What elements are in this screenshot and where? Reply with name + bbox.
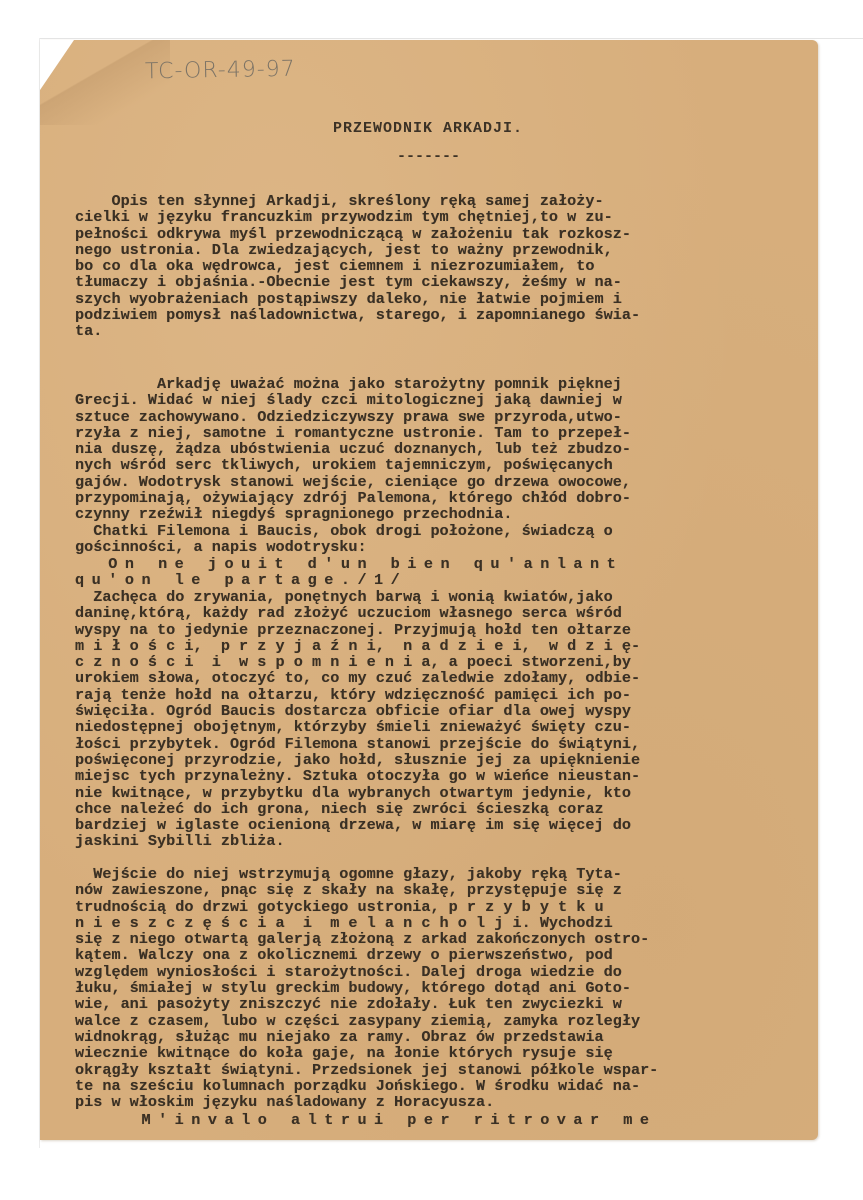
text-line: M'invalo altrui per ritrovar me: [75, 1112, 755, 1128]
paragraph: Arkadję uważać można jako starożytny pom…: [75, 376, 755, 523]
text-line: okrągły kształt świątyni. Przedsionek je…: [75, 1062, 755, 1078]
text-line: chce należeć do ich grona, niech się zwr…: [75, 801, 755, 817]
text-line: n i e s z c z ę ś c i a i m e l a n c h …: [75, 915, 755, 931]
text-line: walce z czasem, lubo w części zasypany z…: [75, 1013, 755, 1029]
text-line: tłumaczy i objaśnia.-Obecnie jest tym ci…: [75, 274, 755, 290]
text-line: nie kwitnące, w przybytku dla wybranych …: [75, 785, 755, 801]
text-line: Grecji. Widać w niej ślady czci mitologi…: [75, 392, 755, 408]
text-line: nych wśród serc tkliwych, urokiem tajemn…: [75, 457, 755, 473]
text-line: Chatki Filemona i Baucis, obok drogi poł…: [75, 523, 755, 539]
scan-edge-top: [40, 38, 863, 39]
text-line: rzyła z niej, samotne i romantyczne ustr…: [75, 425, 755, 441]
paragraph: Zachęca do zrywania, ponętnych barwą i w…: [75, 589, 755, 850]
document-title: PRZEWODNIK ARKADJI.: [333, 120, 523, 137]
text-line: bardziej w iglaste ocienioną drzewa, w m…: [75, 817, 755, 833]
text-line: urokiem słowa, otoczyć to, co my czuć za…: [75, 670, 755, 686]
text-line: ta.: [75, 323, 755, 339]
text-line: Opis ten słynnej Arkadji, skreślony ręką…: [75, 193, 755, 209]
text-line: łuku, śmiałej w stylu greckim budowy, kt…: [75, 980, 755, 996]
title-underline: -------: [397, 148, 460, 165]
text-line: trudnością do drzwi gotyckiego ustronia,…: [75, 899, 755, 915]
text-line: gościnności, a napis wodotrysku:: [75, 539, 755, 555]
paragraph: Wejście do niej wstrzymują ogomne głazy,…: [75, 866, 755, 1110]
text-line: przypominają, ożywiający zdrój Palemona,…: [75, 490, 755, 506]
text-line: jaskini Sybilli zbliża.: [75, 833, 755, 849]
text-line: święciła. Ogród Baucis dostarcza obficie…: [75, 703, 755, 719]
text-line: rają tenże hołd na ołtarzu, który wdzięc…: [75, 687, 755, 703]
text-line: wie, ani pasożyty zniszczyć nie zdołały.…: [75, 996, 755, 1012]
text-line: czynny rzeźwił niegdyś spragnionego prze…: [75, 506, 755, 522]
text-line: On ne jouit d'un bien qu'anlant: [75, 556, 755, 572]
text-line: gajów. Wodotrysk stanowi wejście, cienią…: [75, 474, 755, 490]
paragraph: Chatki Filemona i Baucis, obok drogi poł…: [75, 523, 755, 556]
text-line: Arkadję uważać można jako starożytny pom…: [75, 376, 755, 392]
text-line: daninę,którą, każdy rad złożyć uczuciom …: [75, 605, 755, 621]
text-line: niedostępnej obojętnym, którzyby śmieli …: [75, 719, 755, 735]
text-line: sztuce zachowywano. Odziedziczywszy praw…: [75, 409, 755, 425]
text-line: pis w włoskim języku naśladowany z Horac…: [75, 1094, 755, 1110]
quotation-block: On ne jouit d'un bien qu'anlantqu'on le …: [75, 556, 755, 589]
archive-reference-code: TC-OR-49-97: [145, 57, 296, 85]
text-line: łości przybytek. Ogród Filemona stanowi …: [75, 736, 755, 752]
folded-corner: [40, 40, 74, 90]
text-line: miejsc tych przynależny. Sztuka otoczyła…: [75, 768, 755, 784]
text-line: bo co dla oka wędrowca, jest ciemnem i n…: [75, 258, 755, 274]
text-line: Wejście do niej wstrzymują ogomne głazy,…: [75, 866, 755, 882]
text-line: qu'on le partage./1/: [75, 572, 755, 588]
text-line: się z niego otwartą galerją złożoną z ar…: [75, 931, 755, 947]
quotation-block: M'invalo altrui per ritrovar me: [75, 1112, 755, 1128]
document-page: TC-OR-49-97 PRZEWODNIK ARKADJI. ------- …: [40, 40, 818, 1140]
text-line: widnokrąg, służąc mu niejako za ramy. Ob…: [75, 1029, 755, 1045]
text-line: te na sześciu kolumnach porządku Jońskie…: [75, 1078, 755, 1094]
text-line: poświęconej przyrodzie, jako hołd, słusz…: [75, 752, 755, 768]
paragraph: Opis ten słynnej Arkadji, skreślony ręką…: [75, 193, 755, 340]
text-line: wiecznie kwitnące do koła gaje, na łonie…: [75, 1045, 755, 1061]
text-line: nego ustronia. Dla zwiedzających, jest t…: [75, 242, 755, 258]
text-line: szych wyobrażeniach postąpiwszy daleko, …: [75, 291, 755, 307]
text-line: nia duszę, żądza ubóstwienia uczuć dozna…: [75, 441, 755, 457]
text-line: względem wyniosłości i starożytności. Da…: [75, 964, 755, 980]
text-line: podziwiem pomysł naśladownictwa, starego…: [75, 307, 755, 323]
text-line: cielki w języku francuzkim przywodzim ty…: [75, 209, 755, 225]
text-line: c z n o ś c i i w s p o m n i e n i a, a…: [75, 654, 755, 670]
text-line: kątem. Walczy ona z okolicznemi drzewy o…: [75, 947, 755, 963]
text-line: m i ł o ś c i, p r z y j a ź n i, n a d …: [75, 638, 755, 654]
text-line: wyspy na to jedynie przeznaczonej. Przyj…: [75, 622, 755, 638]
text-line: nów zawieszone, pnąc się z skały na skał…: [75, 882, 755, 898]
text-line: Zachęca do zrywania, ponętnych barwą i w…: [75, 589, 755, 605]
text-line: pełności odkrywa myśl przewodniczącą w z…: [75, 226, 755, 242]
